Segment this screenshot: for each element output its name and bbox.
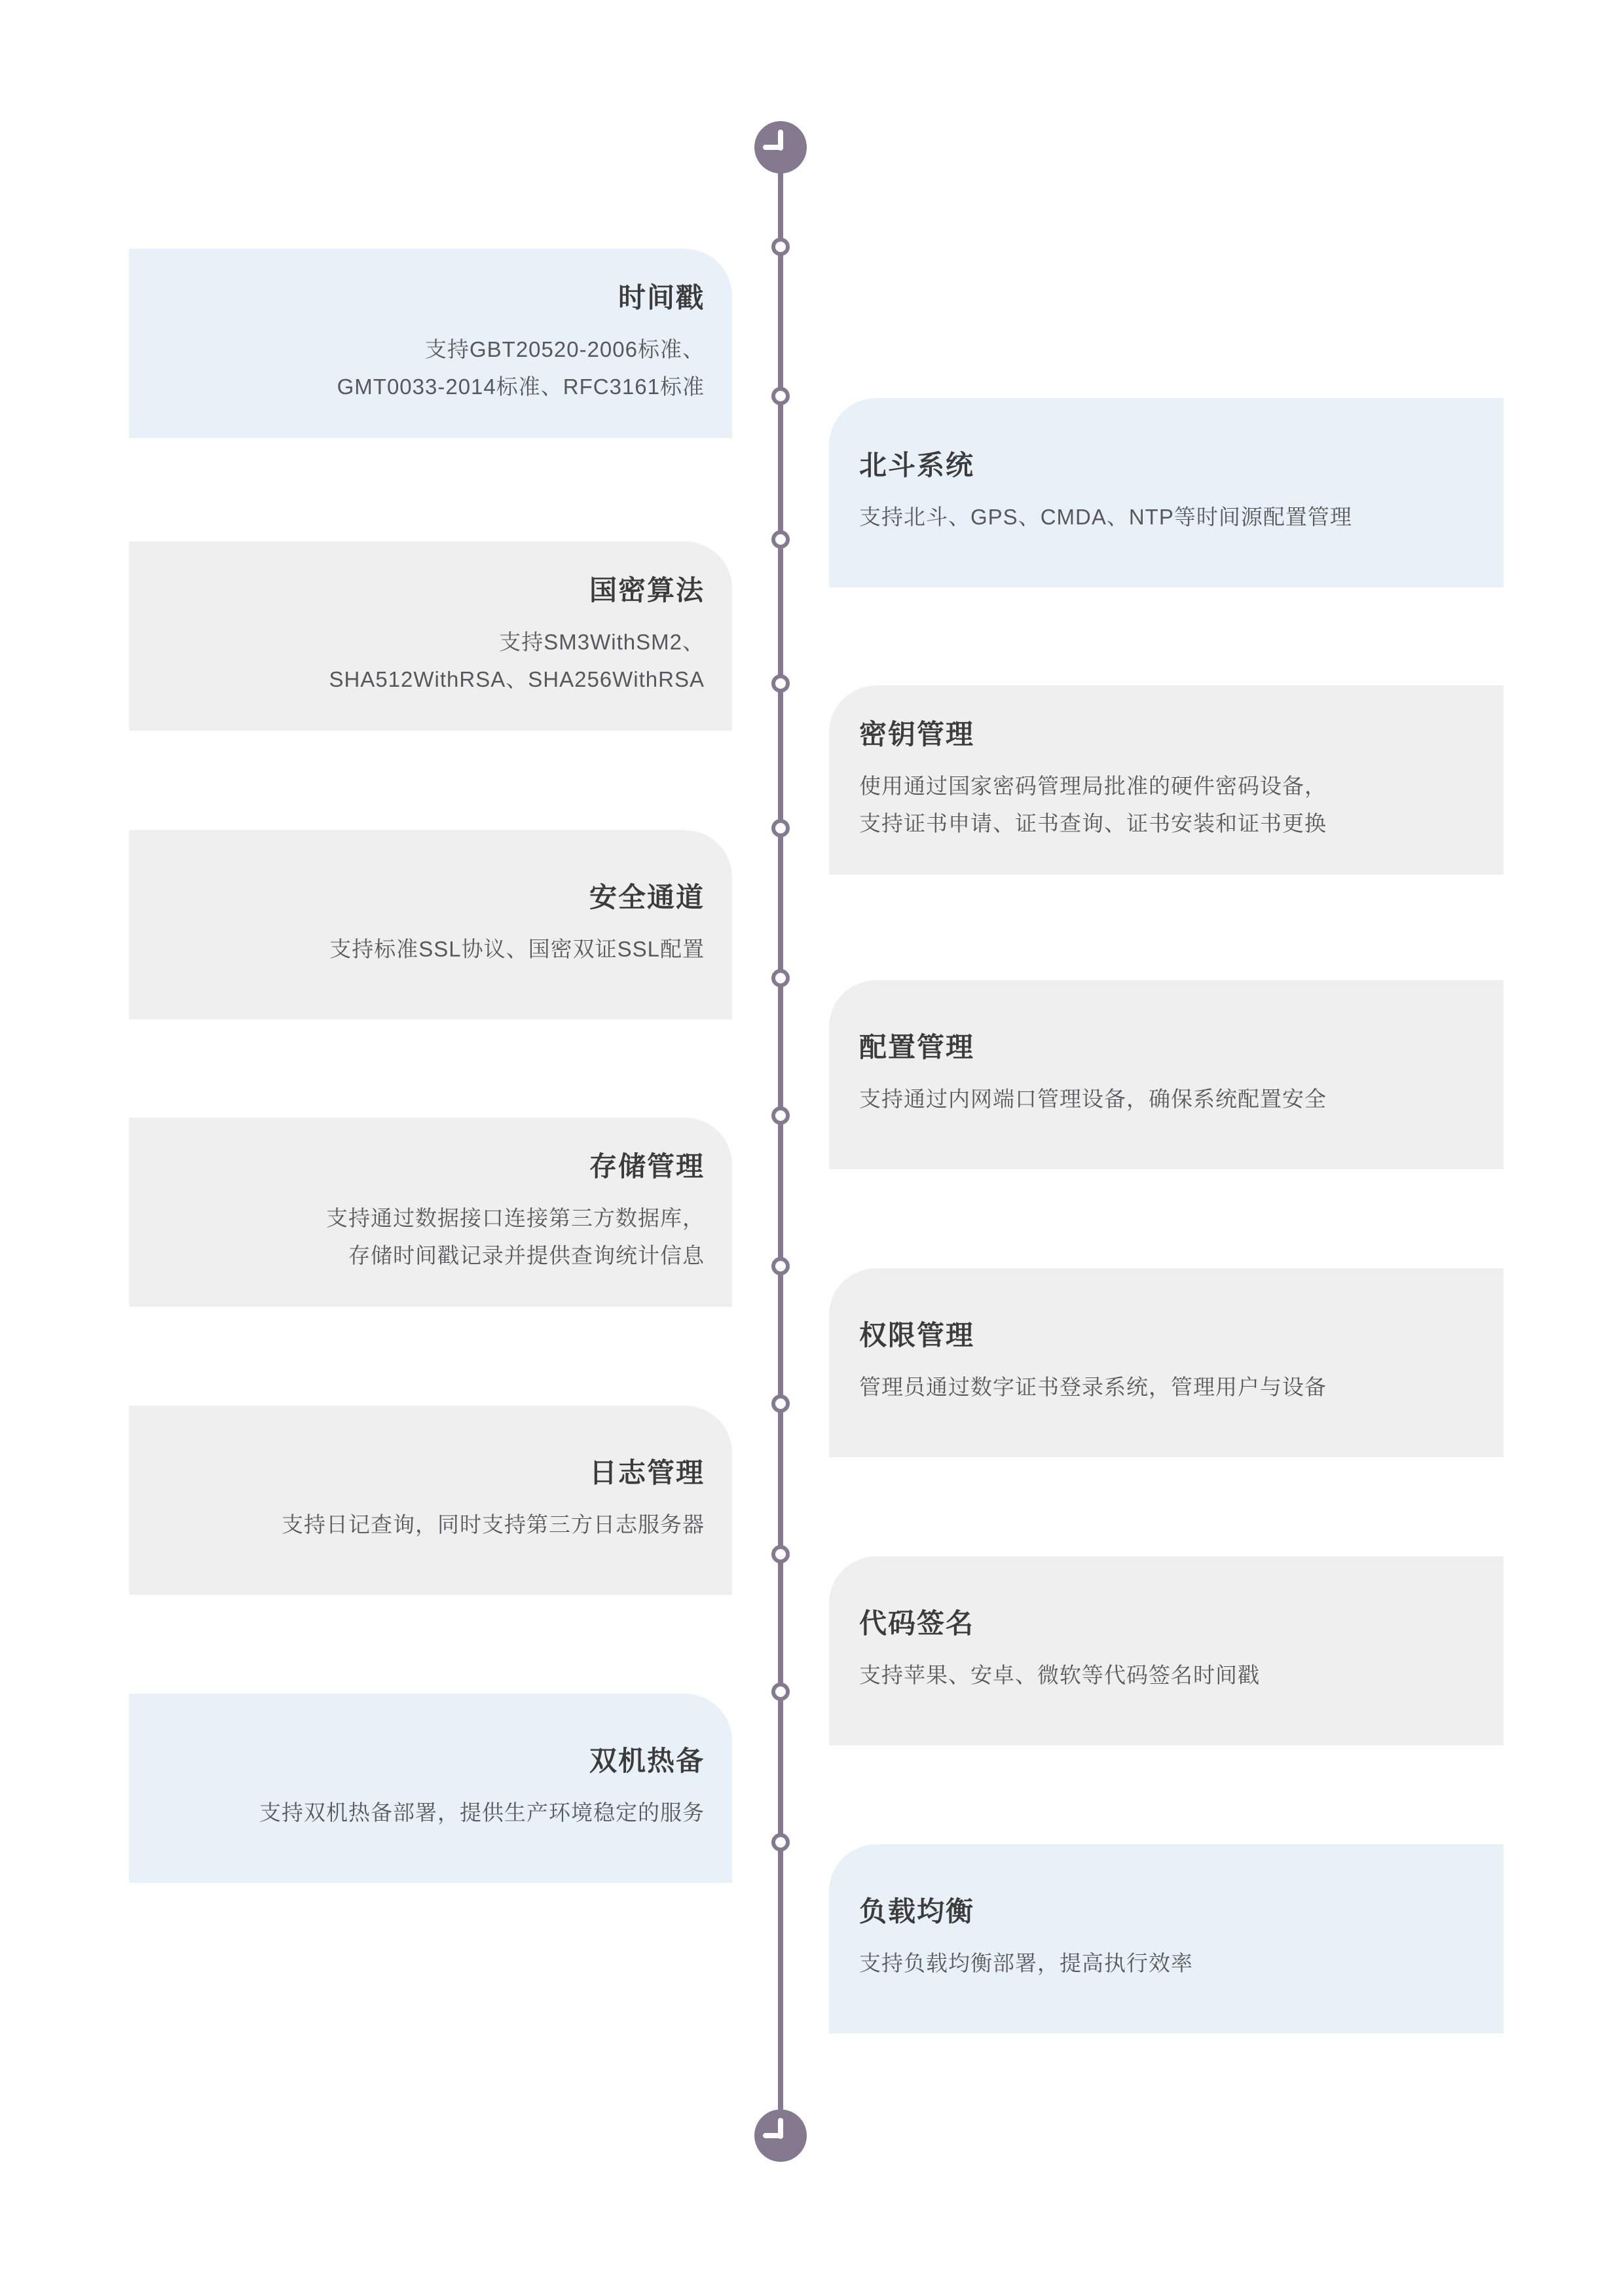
clock-icon-bottom xyxy=(754,2109,807,2162)
card-title: 代码签名 xyxy=(859,1607,1477,1640)
card-body: 使用通过国家密码管理局批准的硬件密码设备， 支持证书申请、证书查询、证书安装和证… xyxy=(859,768,1477,843)
body-line: 支持负载均衡部署，提高执行效率 xyxy=(859,1945,1477,1982)
card-key-management: 密钥管理 使用通过国家密码管理局批准的硬件密码设备， 支持证书申请、证书查询、证… xyxy=(829,685,1504,875)
card-beidou-system: 北斗系统 支持北斗、GPS、CMDA、NTP等时间源配置管理 xyxy=(829,398,1504,587)
timeline-node xyxy=(771,1394,790,1413)
card-title: 存储管理 xyxy=(155,1150,705,1183)
card-log-management: 日志管理 支持日记查询，同时支持第三方日志服务器 xyxy=(129,1406,732,1595)
card-body: 支持北斗、GPS、CMDA、NTP等时间源配置管理 xyxy=(859,499,1477,536)
card-body: 支持日记查询，同时支持第三方日志服务器 xyxy=(155,1506,705,1544)
card-code-signing: 代码签名 支持苹果、安卓、微软等代码签名时间戳 xyxy=(829,1556,1504,1745)
card-title: 北斗系统 xyxy=(859,449,1477,482)
card-body: 支持通过数据接口连接第三方数据库， 存储时间戳记录并提供查询统计信息 xyxy=(155,1200,705,1275)
timeline-node xyxy=(771,387,790,405)
card-title: 时间戳 xyxy=(155,282,705,314)
card-title: 双机热备 xyxy=(155,1745,705,1777)
body-line: 支持GBT20520-2006标准、 xyxy=(155,331,705,369)
card-secure-channel: 安全通道 支持标准SSL协议、国密双证SSL配置 xyxy=(129,830,732,1019)
body-line: 支持标准SSL协议、国密双证SSL配置 xyxy=(155,931,705,968)
card-permission-management: 权限管理 管理员通过数字证书登录系统，管理用户与设备 xyxy=(829,1268,1504,1457)
card-body: 支持通过内网端口管理设备，确保系统配置安全 xyxy=(859,1081,1477,1118)
body-line: 存储时间戳记录并提供查询统计信息 xyxy=(155,1237,705,1275)
body-line: 支持双机热备部署，提供生产环境稳定的服务 xyxy=(155,1795,705,1832)
clock-icon-top xyxy=(754,121,807,173)
body-line: SHA512WithRSA、SHA256WithRSA xyxy=(155,661,705,699)
card-storage-management: 存储管理 支持通过数据接口连接第三方数据库， 存储时间戳记录并提供查询统计信息 xyxy=(129,1118,732,1307)
body-line: 管理员通过数字证书登录系统，管理用户与设备 xyxy=(859,1369,1477,1406)
timeline-node xyxy=(771,819,790,837)
timeline-node xyxy=(771,1833,790,1851)
timeline-node xyxy=(771,1106,790,1125)
timeline-node xyxy=(771,969,790,987)
card-title: 安全通道 xyxy=(155,881,705,914)
timeline-node xyxy=(771,238,790,256)
card-title: 负载均衡 xyxy=(859,1895,1477,1928)
timeline-node xyxy=(771,530,790,549)
body-line: 支持证书申请、证书查询、证书安装和证书更换 xyxy=(859,805,1477,843)
card-body: 支持标准SSL协议、国密双证SSL配置 xyxy=(155,931,705,968)
clock-hour-hand xyxy=(763,2133,783,2138)
card-body: 支持负载均衡部署，提高执行效率 xyxy=(859,1945,1477,1982)
body-line: 支持苹果、安卓、微软等代码签名时间戳 xyxy=(859,1657,1477,1694)
body-line: 支持日记查询，同时支持第三方日志服务器 xyxy=(155,1506,705,1544)
body-line: 使用通过国家密码管理局批准的硬件密码设备， xyxy=(859,768,1477,805)
timeline-node xyxy=(771,1257,790,1275)
card-config-management: 配置管理 支持通过内网端口管理设备，确保系统配置安全 xyxy=(829,980,1504,1169)
card-hot-standby: 双机热备 支持双机热备部署，提供生产环境稳定的服务 xyxy=(129,1694,732,1883)
card-title: 配置管理 xyxy=(859,1031,1477,1064)
card-body: 管理员通过数字证书登录系统，管理用户与设备 xyxy=(859,1369,1477,1406)
card-load-balancing: 负载均衡 支持负载均衡部署，提高执行效率 xyxy=(829,1844,1504,2033)
timeline-node xyxy=(771,1545,790,1563)
feature-timeline-diagram: 时间戳 支持GBT20520-2006标准、 GMT0033-2014标准、RF… xyxy=(0,0,1624,2296)
card-body: 支持苹果、安卓、微软等代码签名时间戳 xyxy=(859,1657,1477,1694)
body-line: 支持通过内网端口管理设备，确保系统配置安全 xyxy=(859,1081,1477,1118)
card-timestamp: 时间戳 支持GBT20520-2006标准、 GMT0033-2014标准、RF… xyxy=(129,249,732,438)
card-body: 支持双机热备部署，提供生产环境稳定的服务 xyxy=(155,1795,705,1832)
body-line: 支持通过数据接口连接第三方数据库， xyxy=(155,1200,705,1237)
card-title: 权限管理 xyxy=(859,1319,1477,1352)
card-body: 支持SM3WithSM2、 SHA512WithRSA、SHA256WithRS… xyxy=(155,624,705,699)
card-title: 密钥管理 xyxy=(859,718,1477,751)
timeline-node xyxy=(771,1683,790,1701)
timeline-node xyxy=(771,674,790,693)
clock-hour-hand xyxy=(763,145,783,150)
card-title: 国密算法 xyxy=(155,574,705,607)
card-national-crypto-algorithm: 国密算法 支持SM3WithSM2、 SHA512WithRSA、SHA256W… xyxy=(129,541,732,731)
body-line: GMT0033-2014标准、RFC3161标准 xyxy=(155,369,705,406)
body-line: 支持北斗、GPS、CMDA、NTP等时间源配置管理 xyxy=(859,499,1477,536)
body-line: 支持SM3WithSM2、 xyxy=(155,624,705,661)
card-title: 日志管理 xyxy=(155,1457,705,1489)
card-body: 支持GBT20520-2006标准、 GMT0033-2014标准、RFC316… xyxy=(155,331,705,406)
